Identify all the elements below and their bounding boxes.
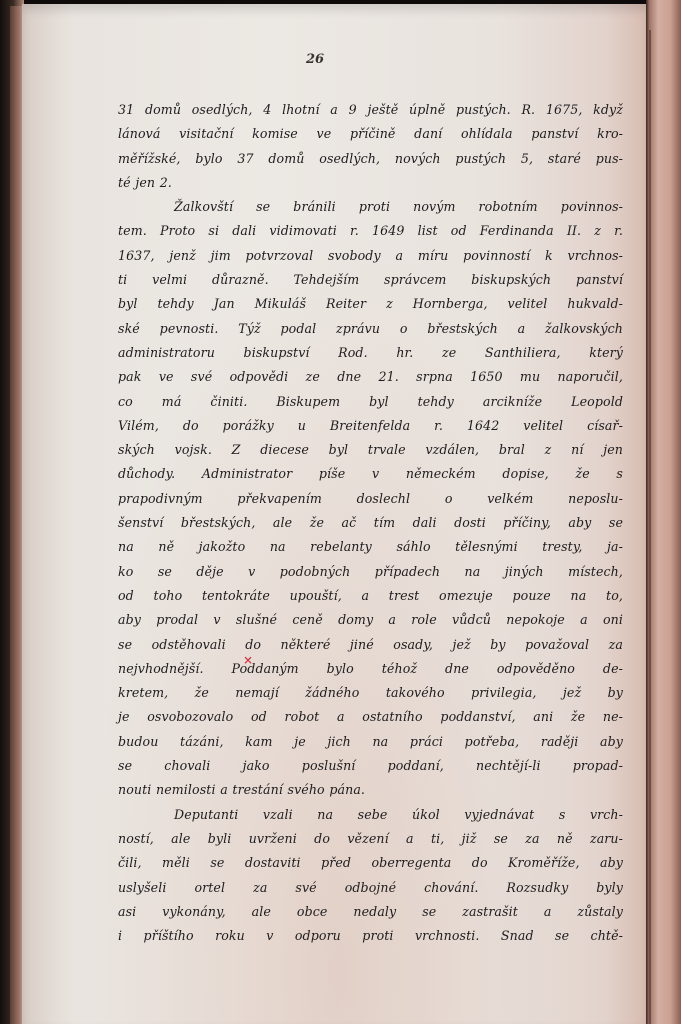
- text-line: asi vykonány, ale obce nedaly se zastraš…: [118, 900, 623, 924]
- text-line: prapodivným překvapením doslechl o velké…: [118, 487, 623, 511]
- text-line: tem. Proto si dali vidimovati r. 1649 li…: [118, 219, 623, 243]
- text-line: pak ve své odpovědi ze dne 21. srpna 165…: [118, 365, 623, 389]
- gutter-line: [649, 30, 651, 1024]
- text-line: ské pevnosti. Týž podal zprávu o břestsk…: [118, 317, 623, 341]
- red-correction-mark: ×: [243, 653, 253, 667]
- text-line: co má činiti. Biskupem byl tehdy arcikní…: [118, 390, 623, 414]
- text-line: ských vojsk. Z diecese byl trvale vzdále…: [118, 438, 623, 462]
- text-line: na ně jakožto na rebelanty sáhlo tělesný…: [118, 535, 623, 559]
- text-line: budou tázáni, kam je jich na práci potře…: [118, 730, 623, 754]
- text-line: od toho tentokráte upouští, a trest omez…: [118, 584, 623, 608]
- text-line: šenství břestských, ale že ač tím dali d…: [118, 511, 623, 535]
- text-line: je osvobozovalo od robot a ostatního pod…: [118, 705, 623, 729]
- text-line: i příštího roku v odporu proti vrchnosti…: [118, 924, 623, 948]
- book-spine: [646, 0, 681, 1024]
- text-line: ko se děje v podobných případech na jiný…: [118, 560, 623, 584]
- text-line: nouti nemilosti a trestání svého pána.: [118, 778, 623, 802]
- text-line: administratoru biskupství Rod. hr. ze Sa…: [118, 341, 623, 365]
- text-line: měřížské, bylo 37 domů osedlých, nových …: [118, 147, 623, 171]
- text-line: čili, měli se dostaviti před oberregenta…: [118, 851, 623, 875]
- text-line: důchody. Administrator píše v německém d…: [118, 462, 623, 486]
- text-line: byl tehdy Jan Mikuláš Reiter z Hornberga…: [118, 292, 623, 316]
- text-line: ti velmi důrazně. Tehdejším správcem bis…: [118, 268, 623, 292]
- text-line: té jen 2.: [118, 171, 623, 195]
- text-line: 31 domů osedlých, 4 lhotní a 9 ještě úpl…: [118, 98, 623, 122]
- text-line: kretem, že nemají žádného takového privi…: [118, 681, 623, 705]
- text-line: lánová visitační komise ve příčině daní …: [118, 122, 623, 146]
- text-line: Deputanti vzali na sebe úkol vyjednávat …: [118, 803, 623, 827]
- page-number: 26: [306, 52, 324, 67]
- text-line: uslyšeli ortel za své odbojné chování. R…: [118, 876, 623, 900]
- text-line: nejvhodnější. Poddaným bylo téhož dne od…: [118, 657, 623, 681]
- text-line: ností, ale byli uvrženi do vězení a ti, …: [118, 827, 623, 851]
- text-line: se odstěhovali do některé jiné osady, je…: [118, 633, 623, 657]
- text-line: 1637, jenž jim potvrzoval svobody a míru…: [118, 244, 623, 268]
- text-line: Vilém, do porážky u Breitenfelda r. 1642…: [118, 414, 623, 438]
- text-line: aby prodal v slušné ceně domy a role vůd…: [118, 608, 623, 632]
- text-line: se chovali jako poslušní poddaní, nechtě…: [118, 754, 623, 778]
- handwritten-text: 31 domů osedlých, 4 lhotní a 9 ještě úpl…: [118, 98, 623, 948]
- text-line: Žalkovští se bránili proti novým robotní…: [118, 195, 623, 219]
